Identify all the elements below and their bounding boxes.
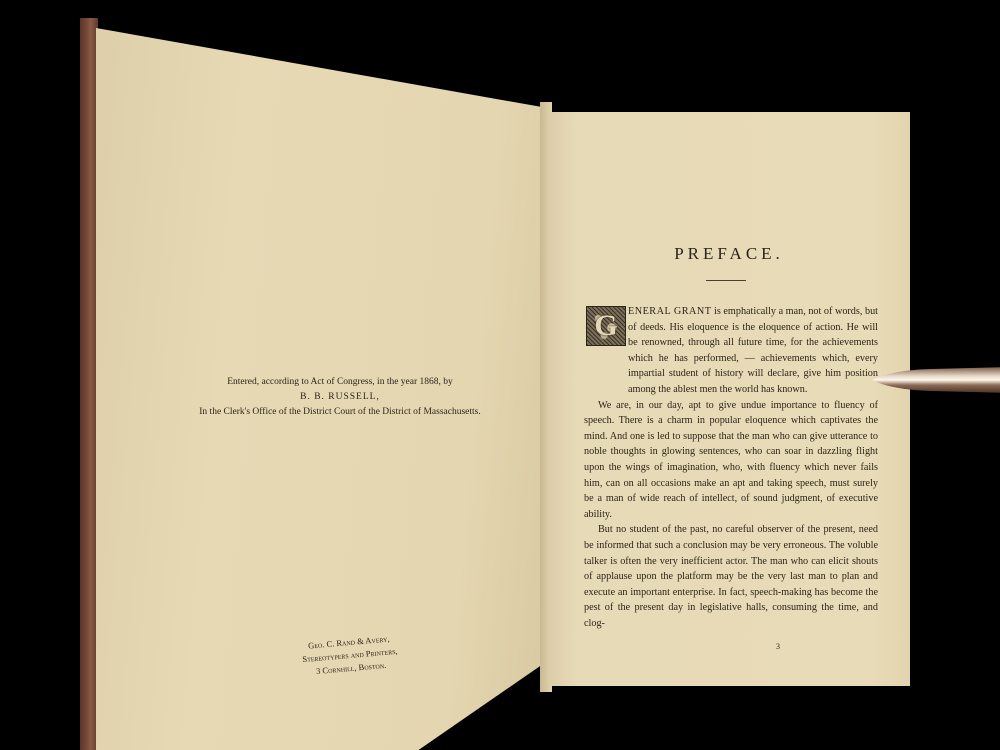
title-rule xyxy=(706,280,746,281)
book-photo: ​ Entered, according to Act of Congress,… xyxy=(0,0,1000,750)
copyright-notice: Entered, according to Act of Congress, i… xyxy=(180,375,500,420)
page-title: PREFACE. xyxy=(548,244,910,264)
preface-body: ENERAL GRANT is emphatically a man, not … xyxy=(584,304,878,631)
copyright-line-1: Entered, according to Act of Congress, i… xyxy=(180,375,500,390)
copyright-line-3: In the Clerk's Office of the District Co… xyxy=(180,405,500,420)
paragraph-3: But no student of the past, no careful o… xyxy=(584,522,878,631)
paragraph-1-lead: ENERAL GRANT xyxy=(628,306,711,317)
right-page: PREFACE. G ENERAL GRANT is emphatically … xyxy=(548,112,910,686)
paragraph-1-text: is emphatically a man, not of words, but… xyxy=(628,306,878,395)
copyright-holder: B. B. RUSSELL, xyxy=(180,390,500,405)
book-board-edge xyxy=(80,18,98,750)
pen-pointer-icon xyxy=(872,365,1000,395)
paragraph-2: We are, in our day, apt to give undue im… xyxy=(584,398,878,523)
page-number: 3 xyxy=(776,642,780,651)
paragraph-1: ENERAL GRANT is emphatically a man, not … xyxy=(584,304,878,398)
